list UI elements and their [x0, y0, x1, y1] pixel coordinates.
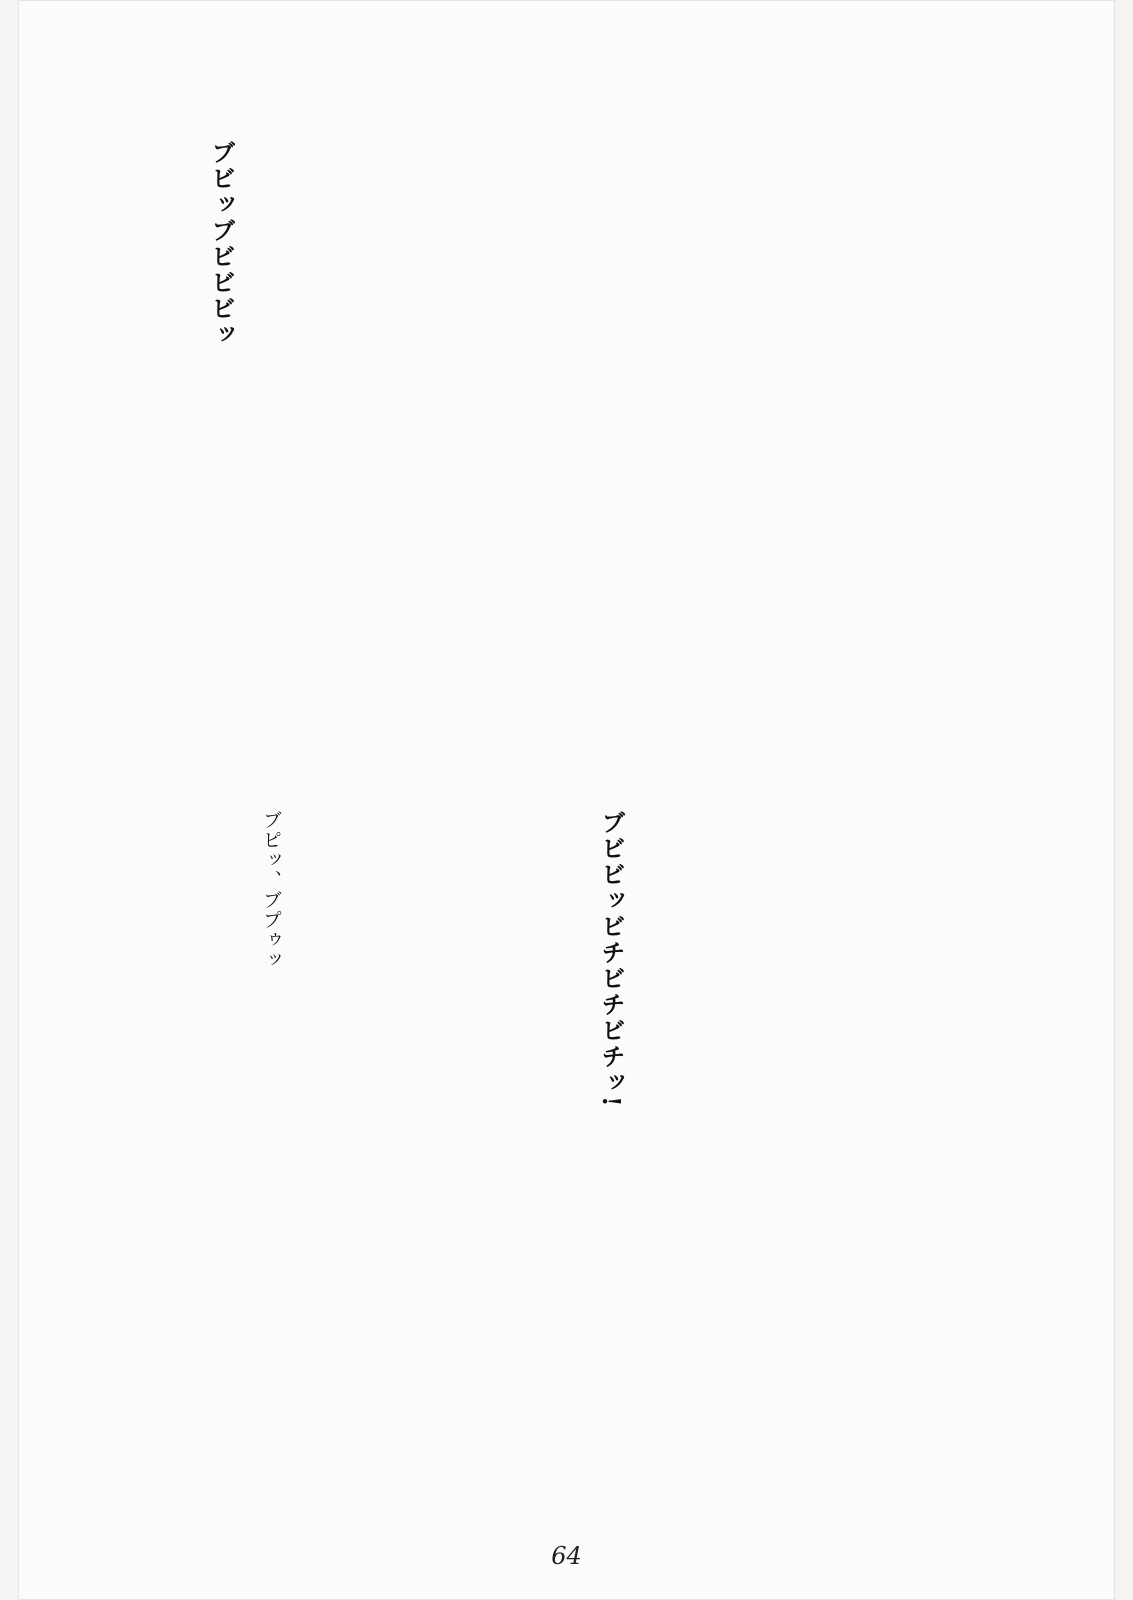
page-number: 64 [18, 1542, 1115, 1570]
scanned-page: ブビッブビビビッ ブビビッビチビチビチッ! ブピッ、ブプゥッ 64 [18, 0, 1115, 1600]
sound-line: ブピッ、ブプゥッ [257, 810, 285, 1110]
onomatopoeia-lower: ブビビッビチビチビチッ! [597, 810, 625, 1370]
upper-text-block [205, 140, 825, 740]
